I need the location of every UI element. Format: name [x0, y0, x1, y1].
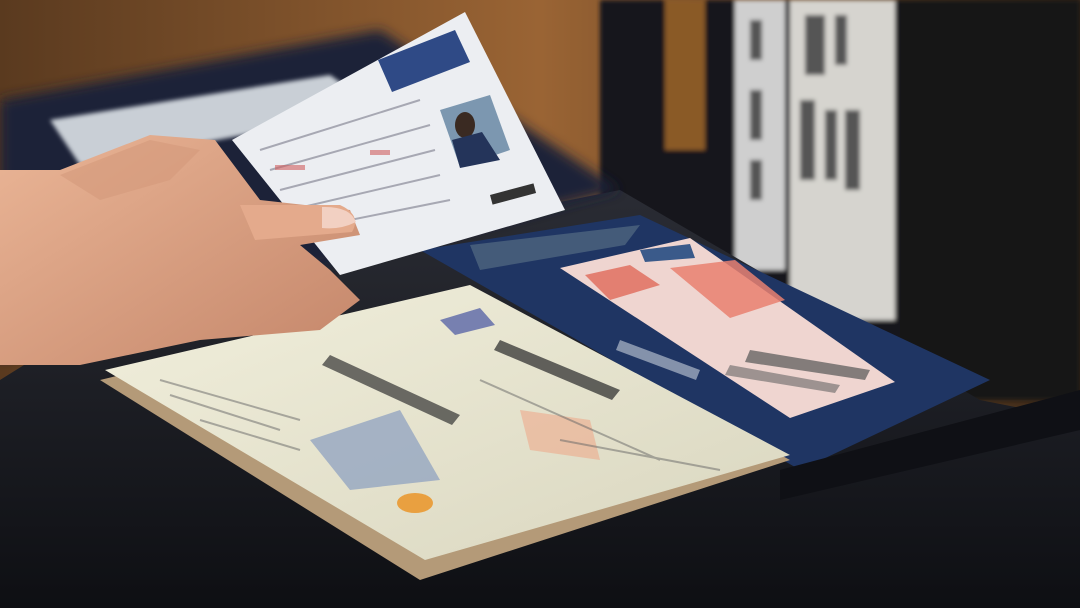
- photo-scene: Close-up photo of a hand holding an ID c…: [0, 0, 1080, 608]
- scene-illustration: [0, 0, 1080, 608]
